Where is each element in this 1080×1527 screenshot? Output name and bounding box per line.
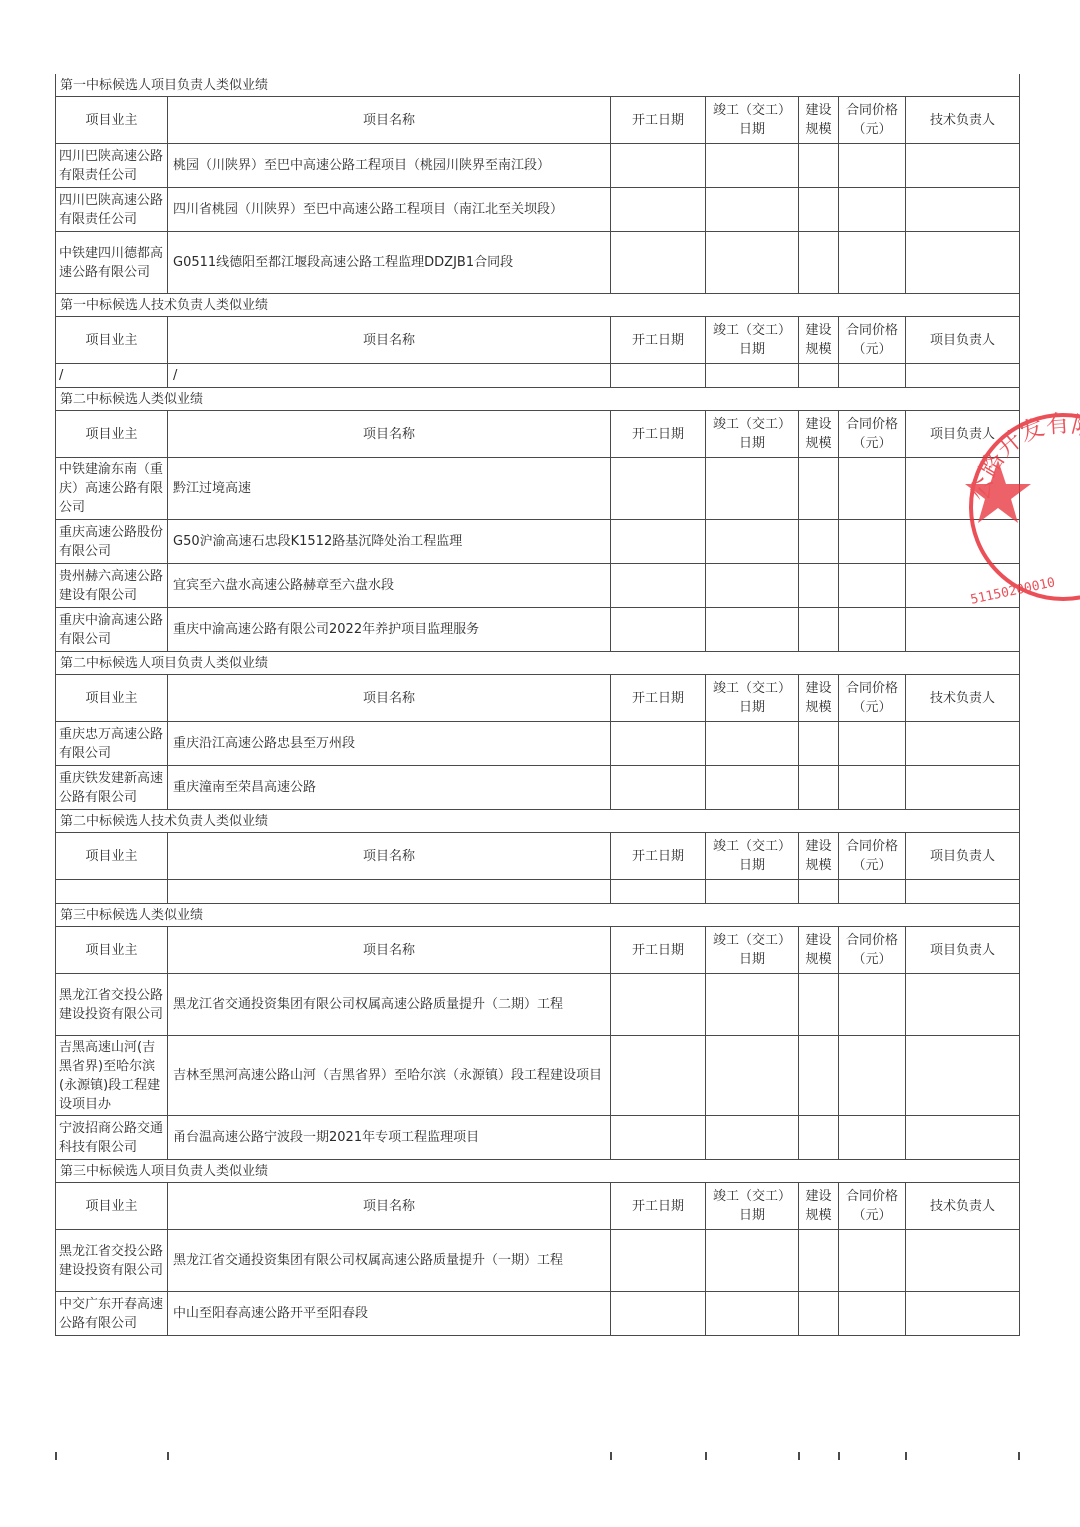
header-start: 开工日期 <box>611 833 706 880</box>
section-title-row: 第二中标候选人技术负责人类似业绩 <box>56 810 1020 833</box>
cell-price <box>839 1116 906 1160</box>
header-start: 开工日期 <box>611 927 706 974</box>
cell-last <box>906 520 1020 564</box>
cell-project-name: 黑龙江省交通投资集团有限公司权属高速公路质量提升（一期）工程 <box>168 1230 611 1292</box>
cell-scale <box>799 1230 839 1292</box>
cell-owner: 重庆高速公路股份有限公司 <box>56 520 168 564</box>
header-start: 开工日期 <box>611 1183 706 1230</box>
header-row: 项目业主项目名称开工日期竣工（交工）日期建设规模合同价格（元）技术负责人 <box>56 97 1020 144</box>
cell-last <box>906 1036 1020 1116</box>
section-title: 第二中标候选人类似业绩 <box>56 388 1020 411</box>
cell-price <box>839 564 906 608</box>
cell-finish <box>706 1292 799 1336</box>
cell-start <box>611 880 706 904</box>
cell-project-name: 重庆中渝高速公路有限公司2022年养护项目监理服务 <box>168 608 611 652</box>
header-scale: 建设规模 <box>799 411 839 458</box>
cell-finish <box>706 364 799 388</box>
cell-last <box>906 722 1020 766</box>
cell-price <box>839 1292 906 1336</box>
cell-price <box>839 974 906 1036</box>
cell-project-name: 重庆潼南至荣昌高速公路 <box>168 766 611 810</box>
header-name: 项目名称 <box>168 675 611 722</box>
cell-start <box>611 722 706 766</box>
cell-owner: 四川巴陕高速公路有限责任公司 <box>56 144 168 188</box>
cell-price <box>839 520 906 564</box>
cell-last <box>906 364 1020 388</box>
cell-price <box>839 144 906 188</box>
cell-finish <box>706 520 799 564</box>
cell-project-name: 黔江过境高速 <box>168 458 611 520</box>
cell-owner: 宁波招商公路交通科技有限公司 <box>56 1116 168 1160</box>
cell-owner: 黑龙江省交投公路建设投资有限公司 <box>56 974 168 1036</box>
header-last: 技术负责人 <box>906 97 1020 144</box>
header-scale: 建设规模 <box>799 927 839 974</box>
section-title: 第二中标候选人项目负责人类似业绩 <box>56 652 1020 675</box>
header-name: 项目名称 <box>168 833 611 880</box>
cell-owner: 中交广东开春高速公路有限公司 <box>56 1292 168 1336</box>
cell-start <box>611 232 706 294</box>
cell-finish <box>706 144 799 188</box>
header-price: 合同价格（元） <box>839 411 906 458</box>
header-owner: 项目业主 <box>56 675 168 722</box>
table-row: 重庆忠万高速公路有限公司重庆沿江高速公路忠县至万州段 <box>56 722 1020 766</box>
header-start: 开工日期 <box>611 675 706 722</box>
section-title-row: 第一中标候选人项目负责人类似业绩 <box>56 74 1020 97</box>
cell-scale <box>799 564 839 608</box>
table-row <box>56 880 1020 904</box>
header-finish: 竣工（交工）日期 <box>706 317 799 364</box>
cell-price <box>839 1230 906 1292</box>
cell-owner: 重庆中渝高速公路有限公司 <box>56 608 168 652</box>
cell-price <box>839 1036 906 1116</box>
header-finish: 竣工（交工）日期 <box>706 97 799 144</box>
cell-start <box>611 458 706 520</box>
cell-last <box>906 144 1020 188</box>
cell-finish <box>706 1116 799 1160</box>
header-last: 项目负责人 <box>906 833 1020 880</box>
cell-finish <box>706 1036 799 1116</box>
header-owner: 项目业主 <box>56 1183 168 1230</box>
cell-last <box>906 458 1020 520</box>
cell-start <box>611 1230 706 1292</box>
section-title: 第三中标候选人项目负责人类似业绩 <box>56 1160 1020 1183</box>
cell-finish <box>706 1230 799 1292</box>
section-title-row: 第三中标候选人项目负责人类似业绩 <box>56 1160 1020 1183</box>
header-owner: 项目业主 <box>56 317 168 364</box>
header-finish: 竣工（交工）日期 <box>706 411 799 458</box>
header-start: 开工日期 <box>611 411 706 458</box>
cell-project-name: G50沪渝高速石忠段K1512路基沉降处治工程监理 <box>168 520 611 564</box>
cell-start <box>611 1116 706 1160</box>
cell-start <box>611 520 706 564</box>
table-row: 黑龙江省交投公路建设投资有限公司黑龙江省交通投资集团有限公司权属高速公路质量提升… <box>56 974 1020 1036</box>
cell-scale <box>799 364 839 388</box>
cell-last <box>906 564 1020 608</box>
header-scale: 建设规模 <box>799 317 839 364</box>
cell-start <box>611 974 706 1036</box>
cell-start <box>611 1292 706 1336</box>
header-name: 项目名称 <box>168 411 611 458</box>
cell-start <box>611 766 706 810</box>
section-title-row: 第一中标候选人技术负责人类似业绩 <box>56 294 1020 317</box>
section-title-row: 第三中标候选人类似业绩 <box>56 904 1020 927</box>
cell-project-name: 中山至阳春高速公路开平至阳春段 <box>168 1292 611 1336</box>
cell-start <box>611 364 706 388</box>
section-title-row: 第二中标候选人类似业绩 <box>56 388 1020 411</box>
cell-finish <box>706 766 799 810</box>
section-title: 第一中标候选人项目负责人类似业绩 <box>56 74 1020 97</box>
header-finish: 竣工（交工）日期 <box>706 833 799 880</box>
header-start: 开工日期 <box>611 317 706 364</box>
cell-owner: 重庆忠万高速公路有限公司 <box>56 722 168 766</box>
cell-owner <box>56 880 168 904</box>
cell-finish <box>706 564 799 608</box>
cell-scale <box>799 766 839 810</box>
header-last: 技术负责人 <box>906 1183 1020 1230</box>
cell-owner: 四川巴陕高速公路有限责任公司 <box>56 188 168 232</box>
header-row: 项目业主项目名称开工日期竣工（交工）日期建设规模合同价格（元）项目负责人 <box>56 317 1020 364</box>
header-finish: 竣工（交工）日期 <box>706 1183 799 1230</box>
cell-scale <box>799 520 839 564</box>
header-name: 项目名称 <box>168 927 611 974</box>
cell-project-name: 桃园（川陕界）至巴中高速公路工程项目（桃园川陕界至南江段） <box>168 144 611 188</box>
cell-scale <box>799 1036 839 1116</box>
cell-price <box>839 722 906 766</box>
table-row: 吉黑高速山河(吉黑省界)至哈尔滨(永源镇)段工程建设项目办吉林至黑河高速公路山河… <box>56 1036 1020 1116</box>
table-row: 四川巴陕高速公路有限责任公司四川省桃园（川陕界）至巴中高速公路工程项目（南江北至… <box>56 188 1020 232</box>
header-owner: 项目业主 <box>56 833 168 880</box>
cell-price <box>839 232 906 294</box>
cell-start <box>611 144 706 188</box>
cell-finish <box>706 608 799 652</box>
cell-owner: 吉黑高速山河(吉黑省界)至哈尔滨(永源镇)段工程建设项目办 <box>56 1036 168 1116</box>
header-finish: 竣工（交工）日期 <box>706 927 799 974</box>
header-price: 合同价格（元） <box>839 97 906 144</box>
cell-project-name: / <box>168 364 611 388</box>
header-row: 项目业主项目名称开工日期竣工（交工）日期建设规模合同价格（元）项目负责人 <box>56 927 1020 974</box>
performance-table: 第一中标候选人项目负责人类似业绩项目业主项目名称开工日期竣工（交工）日期建设规模… <box>55 74 1020 1336</box>
header-price: 合同价格（元） <box>839 833 906 880</box>
header-price: 合同价格（元） <box>839 317 906 364</box>
cell-owner: 中铁建渝东南（重庆）高速公路有限公司 <box>56 458 168 520</box>
header-last: 项目负责人 <box>906 317 1020 364</box>
header-last: 项目负责人 <box>906 927 1020 974</box>
table-row: // <box>56 364 1020 388</box>
header-scale: 建设规模 <box>799 1183 839 1230</box>
cell-finish <box>706 232 799 294</box>
cell-finish <box>706 880 799 904</box>
cell-price <box>839 608 906 652</box>
cell-start <box>611 1036 706 1116</box>
header-finish: 竣工（交工）日期 <box>706 675 799 722</box>
cell-last <box>906 766 1020 810</box>
cell-start <box>611 564 706 608</box>
header-owner: 项目业主 <box>56 411 168 458</box>
header-last: 技术负责人 <box>906 675 1020 722</box>
section-title: 第一中标候选人技术负责人类似业绩 <box>56 294 1020 317</box>
cell-last <box>906 232 1020 294</box>
cell-scale <box>799 880 839 904</box>
table-row: 中铁建四川德都高速公路有限公司G0511线德阳至都江堰段高速公路工程监理DDZJ… <box>56 232 1020 294</box>
cell-project-name: 重庆沿江高速公路忠县至万州段 <box>168 722 611 766</box>
cell-project-name: 黑龙江省交通投资集团有限公司权属高速公路质量提升（二期）工程 <box>168 974 611 1036</box>
header-start: 开工日期 <box>611 97 706 144</box>
cell-owner: 重庆铁发建新高速公路有限公司 <box>56 766 168 810</box>
table-row: 重庆中渝高速公路有限公司重庆中渝高速公路有限公司2022年养护项目监理服务 <box>56 608 1020 652</box>
cell-scale <box>799 458 839 520</box>
cell-owner: 黑龙江省交投公路建设投资有限公司 <box>56 1230 168 1292</box>
header-row: 项目业主项目名称开工日期竣工（交工）日期建设规模合同价格（元）项目负责人 <box>56 411 1020 458</box>
header-scale: 建设规模 <box>799 833 839 880</box>
table-continuation-lines <box>55 1452 1019 1460</box>
cell-last <box>906 608 1020 652</box>
cell-scale <box>799 722 839 766</box>
performance-table-sheet: 第一中标候选人项目负责人类似业绩项目业主项目名称开工日期竣工（交工）日期建设规模… <box>55 74 1019 1336</box>
cell-last <box>906 880 1020 904</box>
cell-scale <box>799 188 839 232</box>
table-row: 中铁建渝东南（重庆）高速公路有限公司黔江过境高速 <box>56 458 1020 520</box>
section-title: 第三中标候选人类似业绩 <box>56 904 1020 927</box>
header-price: 合同价格（元） <box>839 675 906 722</box>
table-row: 重庆高速公路股份有限公司G50沪渝高速石忠段K1512路基沉降处治工程监理 <box>56 520 1020 564</box>
header-last: 项目负责人 <box>906 411 1020 458</box>
cell-finish <box>706 188 799 232</box>
header-name: 项目名称 <box>168 97 611 144</box>
cell-owner: / <box>56 364 168 388</box>
cell-scale <box>799 1292 839 1336</box>
cell-project-name: 吉林至黑河高速公路山河（吉黑省界）至哈尔滨（永源镇）段工程建设项目 <box>168 1036 611 1116</box>
table-row: 四川巴陕高速公路有限责任公司桃园（川陕界）至巴中高速公路工程项目（桃园川陕界至南… <box>56 144 1020 188</box>
cell-finish <box>706 458 799 520</box>
cell-project-name: G0511线德阳至都江堰段高速公路工程监理DDZJB1合同段 <box>168 232 611 294</box>
header-scale: 建设规模 <box>799 97 839 144</box>
cell-last <box>906 188 1020 232</box>
header-scale: 建设规模 <box>799 675 839 722</box>
cell-scale <box>799 608 839 652</box>
cell-start <box>611 188 706 232</box>
header-row: 项目业主项目名称开工日期竣工（交工）日期建设规模合同价格（元）项目负责人 <box>56 833 1020 880</box>
cell-price <box>839 766 906 810</box>
cell-owner: 中铁建四川德都高速公路有限公司 <box>56 232 168 294</box>
cell-last <box>906 974 1020 1036</box>
section-title-row: 第二中标候选人项目负责人类似业绩 <box>56 652 1020 675</box>
cell-last <box>906 1116 1020 1160</box>
table-row: 中交广东开春高速公路有限公司中山至阳春高速公路开平至阳春段 <box>56 1292 1020 1336</box>
cell-scale <box>799 1116 839 1160</box>
cell-finish <box>706 974 799 1036</box>
cell-last <box>906 1292 1020 1336</box>
table-row: 重庆铁发建新高速公路有限公司重庆潼南至荣昌高速公路 <box>56 766 1020 810</box>
cell-project-name: 宜宾至六盘水高速公路赫章至六盘水段 <box>168 564 611 608</box>
header-row: 项目业主项目名称开工日期竣工（交工）日期建设规模合同价格（元）技术负责人 <box>56 675 1020 722</box>
cell-scale <box>799 974 839 1036</box>
header-owner: 项目业主 <box>56 97 168 144</box>
cell-price <box>839 188 906 232</box>
cell-last <box>906 1230 1020 1292</box>
header-name: 项目名称 <box>168 1183 611 1230</box>
cell-finish <box>706 722 799 766</box>
section-title: 第二中标候选人技术负责人类似业绩 <box>56 810 1020 833</box>
cell-owner: 贵州赫六高速公路建设有限公司 <box>56 564 168 608</box>
cell-scale <box>799 232 839 294</box>
table-row: 贵州赫六高速公路建设有限公司宜宾至六盘水高速公路赫章至六盘水段 <box>56 564 1020 608</box>
cell-project-name: 甬台温高速公路宁波段一期2021年专项工程监理项目 <box>168 1116 611 1160</box>
table-row: 黑龙江省交投公路建设投资有限公司黑龙江省交通投资集团有限公司权属高速公路质量提升… <box>56 1230 1020 1292</box>
header-price: 合同价格（元） <box>839 1183 906 1230</box>
cell-project-name <box>168 880 611 904</box>
table-row: 宁波招商公路交通科技有限公司甬台温高速公路宁波段一期2021年专项工程监理项目 <box>56 1116 1020 1160</box>
cell-price <box>839 880 906 904</box>
cell-project-name: 四川省桃园（川陕界）至巴中高速公路工程项目（南江北至关坝段） <box>168 188 611 232</box>
header-name: 项目名称 <box>168 317 611 364</box>
header-price: 合同价格（元） <box>839 927 906 974</box>
cell-start <box>611 608 706 652</box>
cell-price <box>839 364 906 388</box>
header-owner: 项目业主 <box>56 927 168 974</box>
cell-price <box>839 458 906 520</box>
header-row: 项目业主项目名称开工日期竣工（交工）日期建设规模合同价格（元）技术负责人 <box>56 1183 1020 1230</box>
cell-scale <box>799 144 839 188</box>
